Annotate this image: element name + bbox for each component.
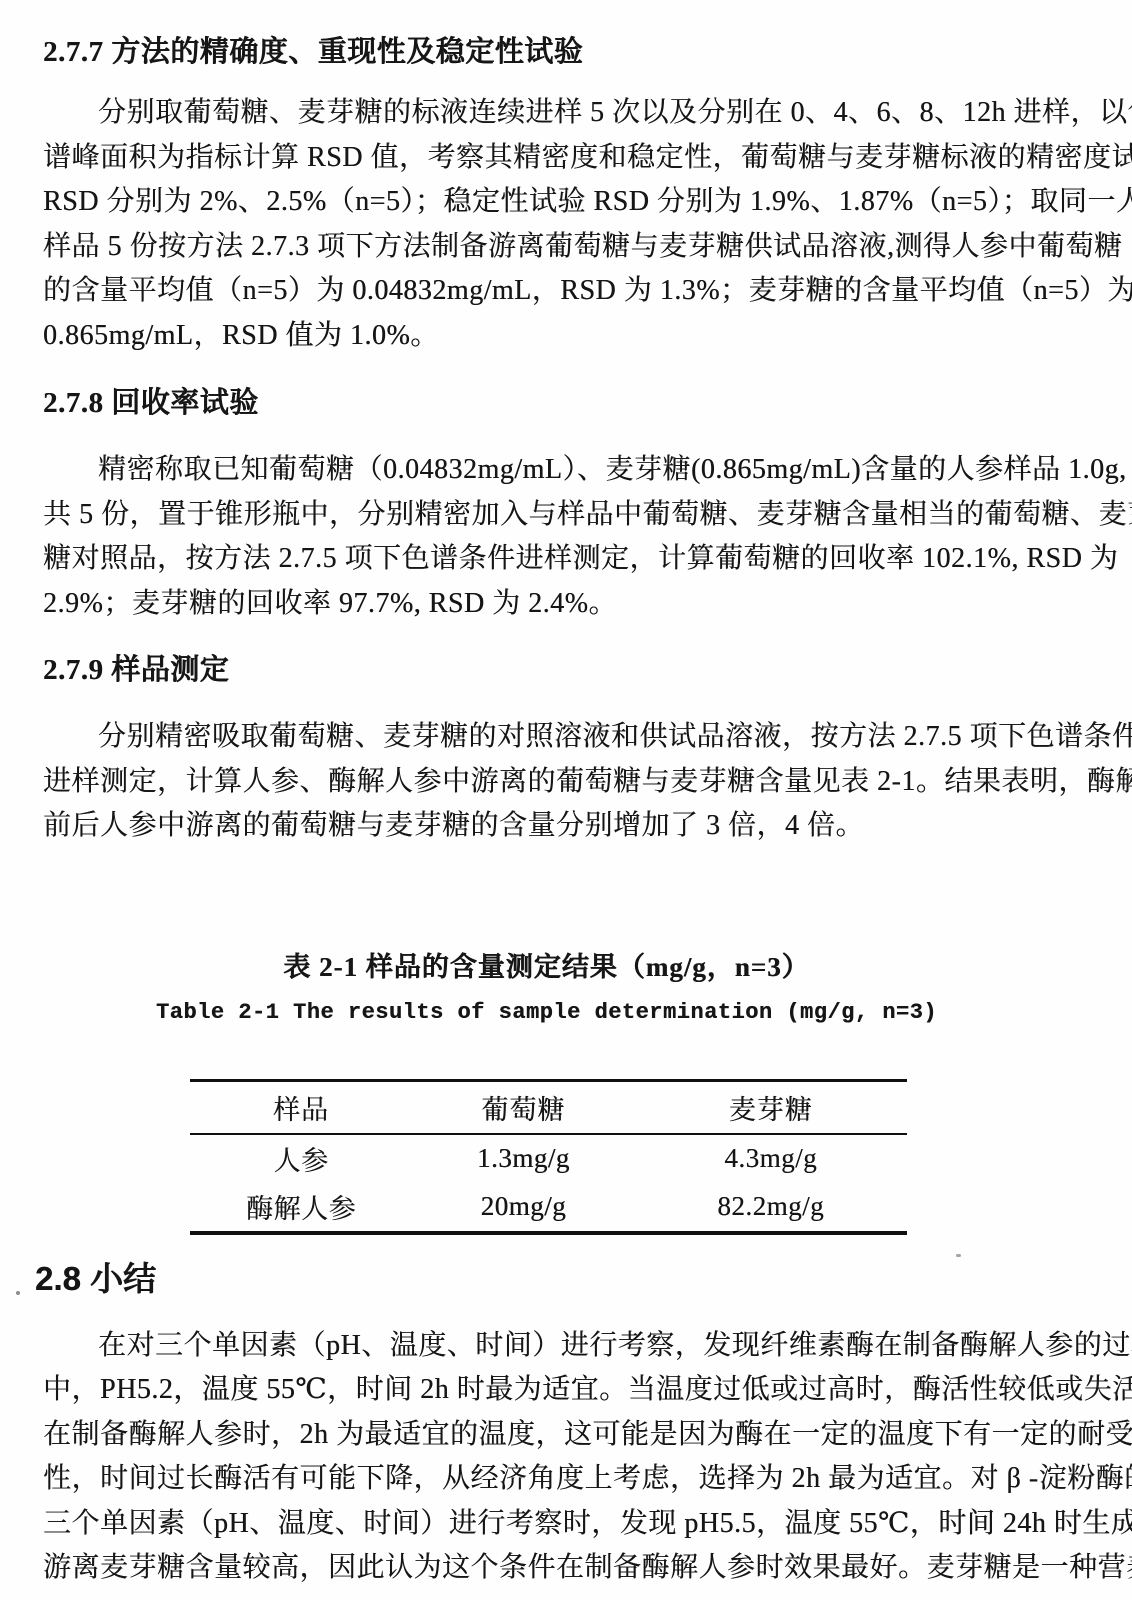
results-table: 样品葡萄糖麦芽糖 人参1.3mg/g4.3mg/g酶解人参20mg/g82.2m…: [190, 1079, 907, 1235]
table-cell: 20mg/g: [412, 1183, 634, 1233]
text-line: 谱峰面积为指标计算 RSD 值，考察其精密度和稳定性，葡萄糖与麦芽糖标液的精密度…: [43, 136, 1090, 181]
text-line: 游离麦芽糖含量较高，因此认为这个条件在制备酶解人参时效果最好。麦芽糖是一种营养: [43, 1546, 1090, 1591]
text-line: RSD 分别为 2%、2.5%（n=5）；稳定性试验 RSD 分别为 1.9%、…: [43, 180, 1090, 225]
section-heading-2-7-8: 2.7.8 回收率试验: [43, 381, 1090, 425]
text-line: 在对三个单因素（pH、温度、时间）进行考察，发现纤维素酶在制备酶解人参的过程: [43, 1324, 1090, 1369]
text-line: 分别取葡萄糖、麦芽糖的标液连续进样 5 次以及分别在 0、4、6、8、12h 进…: [43, 91, 1090, 136]
text-line: 三个单因素（pH、温度、时间）进行考察时，发现 pH5.5，温度 55℃，时间 …: [43, 1502, 1090, 1547]
scan-speck: [16, 1291, 20, 1295]
text-line: 进样测定，计算人参、酶解人参中游离的葡萄糖与麦芽糖含量见表 2-1。结果表明，酶…: [43, 760, 1090, 805]
table-header-row: 样品葡萄糖麦芽糖: [190, 1080, 907, 1134]
table-cell: 82.2mg/g: [635, 1183, 907, 1233]
text-line: 精密称取已知葡萄糖（0.04832mg/mL）、麦芽糖(0.865mg/mL)含…: [43, 448, 1090, 493]
section-heading-2-7-7: 2.7.7 方法的精确度、重现性及稳定性试验: [43, 30, 1090, 74]
section-heading-2-7-9: 2.7.9 样品测定: [43, 648, 1090, 692]
table-caption-en: Table 2-1 The results of sample determin…: [23, 993, 1070, 1033]
text-line: 样品 5 份按方法 2.7.3 项下方法制备游离葡萄糖与麦芽糖供试品溶液,测得人…: [43, 225, 1090, 270]
document-page: 2.7.7 方法的精确度、重现性及稳定性试验 分别取葡萄糖、麦芽糖的标液连续进样…: [0, 0, 1132, 1600]
text-line: 前后人参中游离的葡萄糖与麦芽糖的含量分别增加了 3 倍，4 倍。: [43, 804, 1090, 849]
text-line: 中，PH5.2，温度 55℃，时间 2h 时最为适宜。当温度过低或过高时，酶活性…: [43, 1368, 1090, 1413]
paragraph-recovery-test: 精密称取已知葡萄糖（0.04832mg/mL）、麦芽糖(0.865mg/mL)含…: [43, 448, 1090, 626]
text-line: 2.9%；麦芽糖的回收率 97.7%, RSD 为 2.4%。: [43, 582, 1090, 627]
text-line: 共 5 份，置于锥形瓶中，分别精密加入与样品中葡萄糖、麦芽糖含量相当的葡萄糖、麦…: [43, 493, 1090, 538]
table-body: 人参1.3mg/g4.3mg/g酶解人参20mg/g82.2mg/g: [190, 1134, 907, 1233]
table-cell: 4.3mg/g: [635, 1134, 907, 1183]
table-row: 酶解人参20mg/g82.2mg/g: [190, 1183, 907, 1233]
text-line: 在制备酶解人参时，2h 为最适宜的温度，这可能是因为酶在一定的温度下有一定的耐受: [43, 1413, 1090, 1458]
table-header-cell: 麦芽糖: [635, 1080, 907, 1134]
table-cell: 酶解人参: [190, 1183, 412, 1233]
paragraph-precision-test: 分别取葡萄糖、麦芽糖的标液连续进样 5 次以及分别在 0、4、6、8、12h 进…: [43, 91, 1090, 358]
table-cell: 1.3mg/g: [412, 1134, 634, 1183]
table-header-cell: 样品: [190, 1080, 412, 1134]
text-line: 糖对照品，按方法 2.7.5 项下色谱条件进样测定，计算葡萄糖的回收率 102.…: [43, 537, 1090, 582]
text-line: 分别精密吸取葡萄糖、麦芽糖的对照溶液和供试品溶液，按方法 2.7.5 项下色谱条…: [43, 715, 1090, 760]
paragraph-summary: 在对三个单因素（pH、温度、时间）进行考察，发现纤维素酶在制备酶解人参的过程中，…: [43, 1324, 1090, 1591]
table-caption-zh: 表 2-1 样品的含量测定结果（mg/g，n=3）: [23, 947, 1070, 987]
section-heading-2-8: 2.8 小结: [35, 1258, 1090, 1300]
table-row: 人参1.3mg/g4.3mg/g: [190, 1134, 907, 1183]
table-header-cell: 葡萄糖: [412, 1080, 634, 1134]
table-cell: 人参: [190, 1134, 412, 1183]
text-line: 的含量平均值（n=5）为 0.04832mg/mL，RSD 为 1.3%；麦芽糖…: [43, 269, 1090, 314]
paragraph-sample-determination: 分别精密吸取葡萄糖、麦芽糖的对照溶液和供试品溶液，按方法 2.7.5 项下色谱条…: [43, 715, 1090, 849]
text-line: 性，时间过长酶活有可能下降，从经济角度上考虑，选择为 2h 最为适宜。对 β -…: [43, 1457, 1090, 1502]
text-line: 0.865mg/mL，RSD 值为 1.0%。: [43, 314, 1090, 359]
page-content: 2.7.7 方法的精确度、重现性及稳定性试验 分别取葡萄糖、麦芽糖的标液连续进样…: [43, 0, 1090, 1591]
scan-speck: [956, 1254, 961, 1257]
